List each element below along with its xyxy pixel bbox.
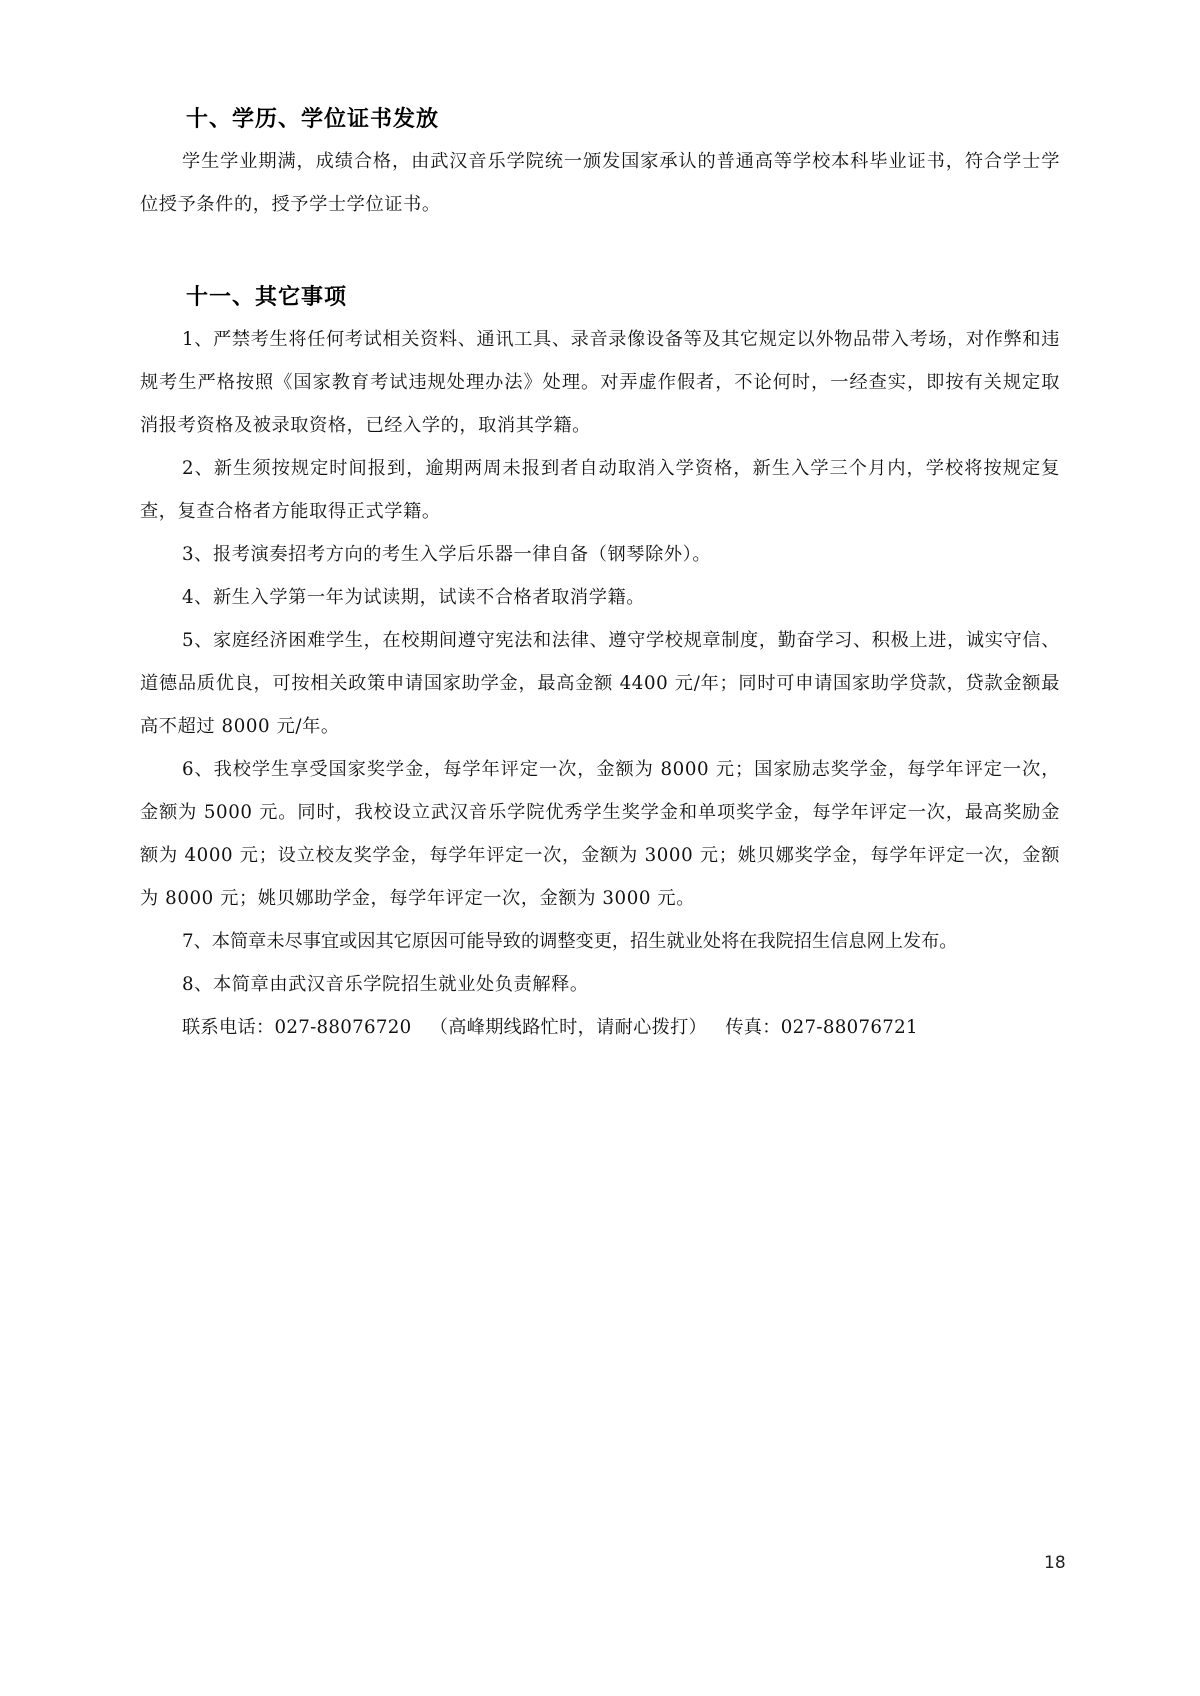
document-page: 十、学历、学位证书发放 学生学业期满，成绩合格，由武汉音乐学院统一颁发国家承认的… — [0, 0, 1200, 1696]
paragraph-item-8: 8、本简章由武汉音乐学院招生就业处负责解释。 — [140, 963, 1060, 1006]
paragraph-diploma: 学生学业期满，成绩合格，由武汉音乐学院统一颁发国家承认的普通高等学校本科毕业证书… — [140, 140, 1060, 226]
paragraph-item-4: 4、新生入学第一年为试读期，试读不合格者取消学籍。 — [140, 576, 1060, 619]
paragraph-item-7: 7、本简章未尽事宜或因其它原因可能导致的调整变更，招生就业处将在我院招生信息网上… — [140, 920, 1060, 963]
paragraph-item-5: 5、家庭经济困难学生，在校期间遵守宪法和法律、遵守学校规章制度，勤奋学习、积极上… — [140, 619, 1060, 748]
paragraph-item-6: 6、我校学生享受国家奖学金，每学年评定一次，金额为 8000 元；国家励志奖学金… — [140, 748, 1060, 920]
section-heading-diploma: 十、学历、学位证书发放 — [186, 100, 1060, 140]
phone-note: （高峰期线路忙时，请耐心拨打） — [430, 1017, 707, 1038]
section-heading-other-matters: 十一、其它事项 — [186, 278, 1060, 318]
paragraph-item-1: 1、严禁考生将任何考试相关资料、通讯工具、录音录像设备等及其它规定以外物品带入考… — [140, 318, 1060, 447]
contact-info: 联系电话：027-88076720 （高峰期线路忙时，请耐心拨打） 传真：027… — [140, 1006, 1060, 1049]
phone-number: 027-88076720 — [274, 1017, 411, 1038]
fax-number: 027-88076721 — [781, 1017, 918, 1038]
page-number: 18 — [1044, 1553, 1066, 1573]
page-content: 十、学历、学位证书发放 学生学业期满，成绩合格，由武汉音乐学院统一颁发国家承认的… — [140, 100, 1060, 1049]
section-spacer — [140, 226, 1060, 278]
paragraph-item-3: 3、报考演奏招考方向的考生入学后乐器一律自备（钢琴除外）。 — [140, 533, 1060, 576]
phone-label: 联系电话： — [182, 1017, 274, 1038]
paragraph-item-2: 2、新生须按规定时间报到，逾期两周未报到者自动取消入学资格，新生入学三个月内，学… — [140, 447, 1060, 533]
fax-label: 传真： — [725, 1017, 780, 1038]
